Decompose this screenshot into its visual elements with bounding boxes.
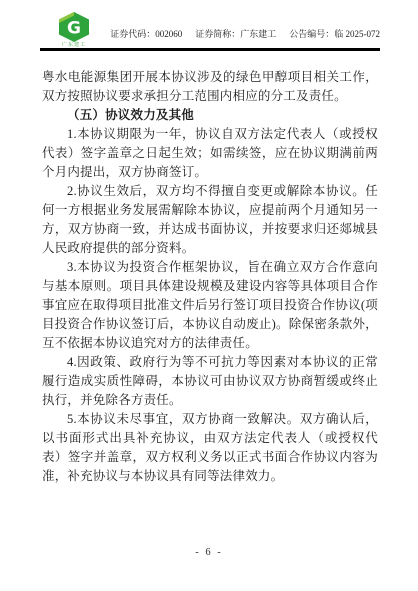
- company-logo: G 广东建工: [56, 12, 92, 48]
- page-number: - 6 -: [0, 547, 418, 558]
- paragraph-continuation: 粤水电能源集团开展本协议涉及的绿色甲醇项目相关工作，双方按照协议要求承担分工范围…: [42, 68, 378, 106]
- announcement-number: 公告编号：临 2025-072: [289, 29, 380, 40]
- clause-5: 5.本协议未尽事宜，双方协商一致解决。双方确认后，以书面形式出具补充协议，由双方…: [42, 410, 378, 486]
- clause-4: 4.因政策、政府行为等不可抗力等因素对本协议的正常履行造成实质性障碍，本协议可由…: [42, 353, 378, 410]
- company-logo-icon: G: [57, 12, 91, 42]
- document-page: G 广东建工 证券代码：002060 证券简称：广东建工 公告编号：临 2025…: [0, 0, 418, 591]
- document-body: 粤水电能源集团开展本协议涉及的绿色甲醇项目相关工作，双方按照协议要求承担分工范围…: [42, 68, 378, 486]
- clause-2: 2.协议生效后，双方均不得擅自变更或解除本协议。任何一方根据业务发展需解除本协议…: [42, 182, 378, 258]
- header-info: 证券代码：002060 证券简称：广东建工 公告编号：临 2025-072: [110, 21, 380, 40]
- clause-3: 3.本协议为投资合作框架协议，旨在确立双方合作意向与基本原则。项目具体建设规模及…: [42, 258, 378, 353]
- header-divider: [40, 48, 380, 51]
- clause-1: 1.本协议期限为一年，协议自双方法定代表人（或授权代表）签字盖章之日起生效；如需…: [42, 125, 378, 182]
- stock-code: 证券代码：002060: [110, 29, 182, 40]
- svg-text:G: G: [67, 19, 81, 39]
- section-heading: （五）协议效力及其他: [42, 106, 378, 125]
- page-header: G 广东建工 证券代码：002060 证券简称：广东建工 公告编号：临 2025…: [40, 11, 380, 49]
- stock-abbr: 证券简称：广东建工: [195, 29, 276, 40]
